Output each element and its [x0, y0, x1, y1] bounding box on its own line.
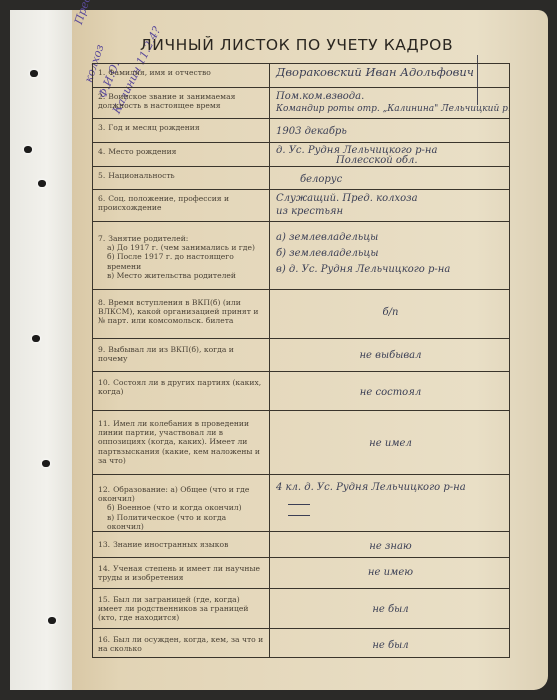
question-cell: 4.Место рождения	[93, 143, 270, 167]
backing-sheet	[10, 10, 72, 690]
answer-cell[interactable]: д. Ус. Рудня Лельчицкого р-наПолесской о…	[270, 143, 510, 167]
answer-cell[interactable]: не имел	[270, 411, 510, 475]
punch-hole	[48, 617, 56, 624]
question-cell: 5.Национальность	[93, 167, 270, 190]
personnel-form-table: 1.Фамилия, имя и отчество Двораковский И…	[92, 63, 510, 658]
question-cell: 2.Воинское звание и занимаемая должность…	[93, 88, 270, 119]
form-row: 11.Имел ли колебания в проведении линии …	[93, 411, 510, 475]
punch-hole	[38, 180, 46, 187]
punch-hole	[24, 146, 32, 153]
question-cell: 15.Был ли заграницей (где, когда) имеет …	[93, 589, 270, 629]
answer-cell[interactable]: не был	[270, 629, 510, 658]
dash-mark	[288, 504, 310, 505]
form-row: 9.Выбывал ли из ВКП(б), когда и почему н…	[93, 339, 510, 372]
question-cell: 7.Занятие родителей: а) До 1917 г. (чем …	[93, 222, 270, 290]
form-row: 16.Был ли осужден, когда, кем, за что и …	[93, 629, 510, 658]
answer-cell[interactable]: Двораковский Иван Адольфович	[270, 64, 510, 88]
dash-mark	[288, 515, 310, 516]
form-row: 6.Соц. положение, профессия и происхожде…	[93, 190, 510, 222]
answer-cell[interactable]: 1903 декабрь	[270, 119, 510, 143]
form-row: 13.Знание иностранных языков не знаю	[93, 532, 510, 558]
answer-cell[interactable]: белорус	[270, 167, 510, 190]
answer-cell[interactable]: не был	[270, 589, 510, 629]
question-cell: 16.Был ли осужден, когда, кем, за что и …	[93, 629, 270, 658]
form-row: 10.Состоял ли в других партиях (каких, к…	[93, 372, 510, 411]
form-row: 14.Ученая степень и имеет ли научные тру…	[93, 558, 510, 589]
answer-cell[interactable]: б/п	[270, 290, 510, 339]
answer-cell[interactable]: не выбывал	[270, 339, 510, 372]
question-cell: 13.Знание иностранных языков	[93, 532, 270, 558]
question-cell: 10.Состоял ли в других партиях (каких, к…	[93, 372, 270, 411]
question-cell: 3.Год и месяц рождения	[93, 119, 270, 143]
question-cell: 12.Образование: а) Общее (что и где окон…	[93, 475, 270, 532]
question-cell: 6.Соц. положение, профессия и происхожде…	[93, 190, 270, 222]
answer-cell[interactable]: 4 кл. д. Ус. Рудня Лельчицкого р-на	[270, 475, 510, 532]
form-row: 1.Фамилия, имя и отчество Двораковский И…	[93, 64, 510, 88]
form-row: 3.Год и месяц рождения 1903 декабрь	[93, 119, 510, 143]
form-row: 4.Место рождения д. Ус. Рудня Лельчицког…	[93, 143, 510, 167]
punch-hole	[42, 460, 50, 467]
form-row: 12.Образование: а) Общее (что и где окон…	[93, 475, 510, 532]
answer-cell[interactable]: Пом.ком.взвода.Командир роты отр. „Калин…	[270, 88, 510, 119]
question-cell: 9.Выбывал ли из ВКП(б), когда и почему	[93, 339, 270, 372]
punch-hole	[30, 70, 38, 77]
question-cell: 14.Ученая степень и имеет ли научные тру…	[93, 558, 270, 589]
question-cell: 11.Имел ли колебания в проведении линии …	[93, 411, 270, 475]
question-cell: 8.Время вступления в ВКП(б) (или ВЛКСМ),…	[93, 290, 270, 339]
answer-cell[interactable]: не знаю	[270, 532, 510, 558]
answer-cell[interactable]: не имею	[270, 558, 510, 589]
form-row: 15.Был ли заграницей (где, когда) имеет …	[93, 589, 510, 629]
form-row: 5.Национальность белорус	[93, 167, 510, 190]
form-row: 2.Воинское звание и занимаемая должность…	[93, 88, 510, 119]
punch-hole	[32, 335, 40, 342]
page-title: ЛИЧНЫЙ ЛИСТОК ПО УЧЕТУ КАДРОВ	[140, 36, 500, 54]
answer-cell[interactable]: а) землевладельцы б) землевладельцы в) д…	[270, 222, 510, 290]
form-row: 8.Время вступления в ВКП(б) (или ВЛКСМ),…	[93, 290, 510, 339]
answer-cell[interactable]: Служащий. Пред. колхозаиз крестьян	[270, 190, 510, 222]
question-cell: 1.Фамилия, имя и отчество	[93, 64, 270, 88]
answer-cell[interactable]: не состоял	[270, 372, 510, 411]
form-row: 7.Занятие родителей: а) До 1917 г. (чем …	[93, 222, 510, 290]
